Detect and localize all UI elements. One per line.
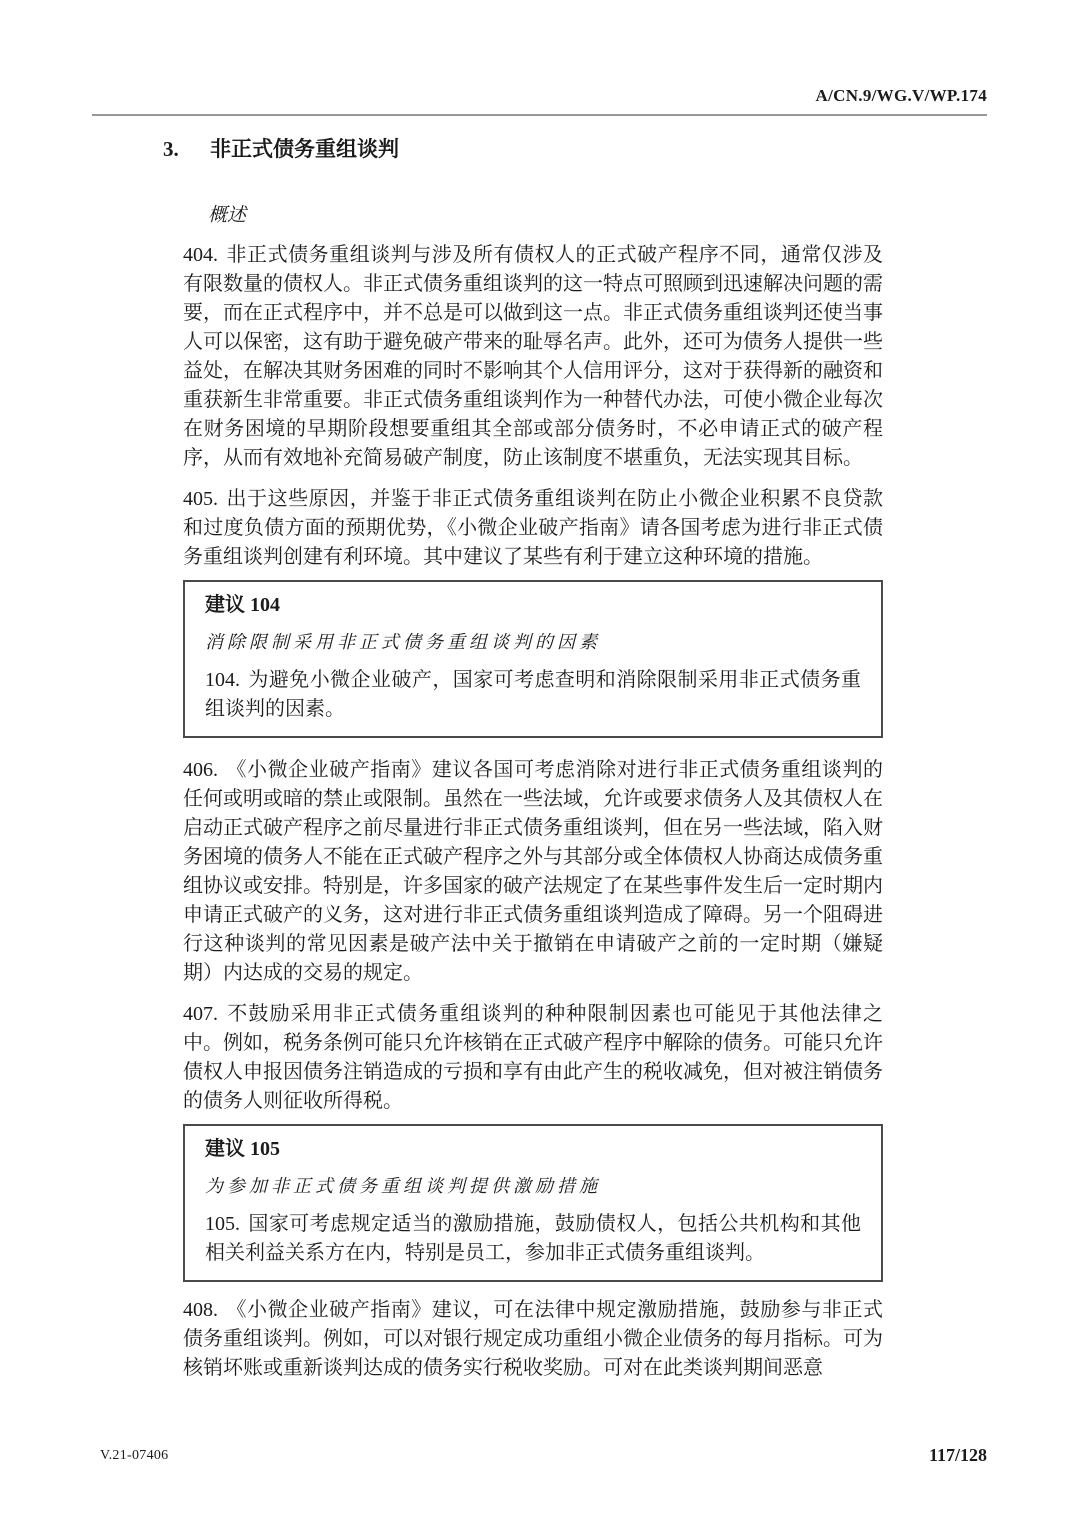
footer-page-number: 117/128 (929, 1445, 987, 1466)
header-rule (92, 114, 987, 116)
section-number: 3. (163, 134, 210, 164)
paragraph-number: 105. (205, 1213, 240, 1235)
paragraph-number: 404. (183, 244, 218, 266)
paragraph-405: 405.出于这些原因，并鉴于非正式债务重组谈判在防止小微企业积累不良贷款和过度负… (183, 485, 883, 572)
page-content: 3.非正式债务重组谈判 概述 404.非正式债务重组谈判与涉及所有债权人的正式破… (183, 134, 883, 1383)
recommendation-subtitle: 消除限制采用非正式债务重组谈判的因素 (205, 630, 861, 654)
document-page: A/CN.9/WG.V/WP.174 3.非正式债务重组谈判 概述 404.非正… (0, 0, 1080, 1526)
recommendation-subtitle: 为参加非正式债务重组谈判提供激励措施 (205, 1174, 861, 1198)
paragraph-text: 出于这些原因，并鉴于非正式债务重组谈判在防止小微企业积累不良贷款和过度负债方面的… (183, 488, 883, 568)
paragraph-text: 《小微企业破产指南》建议，可在法律中规定激励措施，鼓励参与非正式债务重组谈判。例… (183, 1299, 883, 1379)
paragraph-number: 407. (183, 1003, 218, 1025)
recommendation-body: 104.为避免小微企业破产，国家可考虑查明和消除限制采用非正式债务重组谈判的因素… (205, 666, 861, 724)
paragraph-406: 406.《小微企业破产指南》建议各国可考虑消除对进行非正式债务重组谈判的任何或明… (183, 756, 883, 988)
paragraph-text: 非正式债务重组谈判与涉及所有债权人的正式破产程序不同，通常仅涉及有限数量的债权人… (183, 244, 883, 469)
document-symbol: A/CN.9/WG.V/WP.174 (816, 86, 987, 106)
recommendation-title: 建议 104 (205, 592, 861, 618)
paragraph-404: 404.非正式债务重组谈判与涉及所有债权人的正式破产程序不同，通常仅涉及有限数量… (183, 241, 883, 473)
paragraph-text: 不鼓励采用非正式债务重组谈判的种种限制因素也可能见于其他法律之中。例如，税务条例… (183, 1003, 883, 1112)
paragraph-number: 408. (183, 1299, 218, 1321)
section-title: 非正式债务重组谈判 (210, 137, 399, 161)
paragraph-number: 104. (205, 669, 240, 691)
paragraph-text: 国家可考虑规定适当的激励措施，鼓励债权人，包括公共机构和其他相关利益关系方在内，… (205, 1213, 861, 1264)
paragraph-408: 408.《小微企业破产指南》建议，可在法律中规定激励措施，鼓励参与非正式债务重组… (183, 1296, 883, 1383)
recommendation-box-105: 建议 105 为参加非正式债务重组谈判提供激励措施 105.国家可考虑规定适当的… (183, 1124, 883, 1282)
paragraph-text: 为避免小微企业破产，国家可考虑查明和消除限制采用非正式债务重组谈判的因素。 (205, 669, 861, 720)
recommendation-box-104: 建议 104 消除限制采用非正式债务重组谈判的因素 104.为避免小微企业破产，… (183, 580, 883, 738)
footer-doc-id: V.21-07406 (100, 1448, 168, 1464)
paragraph-number: 405. (183, 488, 218, 510)
overview-label: 概述 (208, 202, 883, 229)
recommendation-body: 105.国家可考虑规定适当的激励措施，鼓励债权人，包括公共机构和其他相关利益关系… (205, 1210, 861, 1268)
paragraph-text: 《小微企业破产指南》建议各国可考虑消除对进行非正式债务重组谈判的任何或明或暗的禁… (183, 759, 883, 984)
paragraph-number: 406. (183, 759, 218, 781)
paragraph-407: 407.不鼓励采用非正式债务重组谈判的种种限制因素也可能见于其他法律之中。例如，… (183, 1000, 883, 1116)
recommendation-title: 建议 105 (205, 1136, 861, 1162)
section-heading: 3.非正式债务重组谈判 (163, 134, 883, 164)
